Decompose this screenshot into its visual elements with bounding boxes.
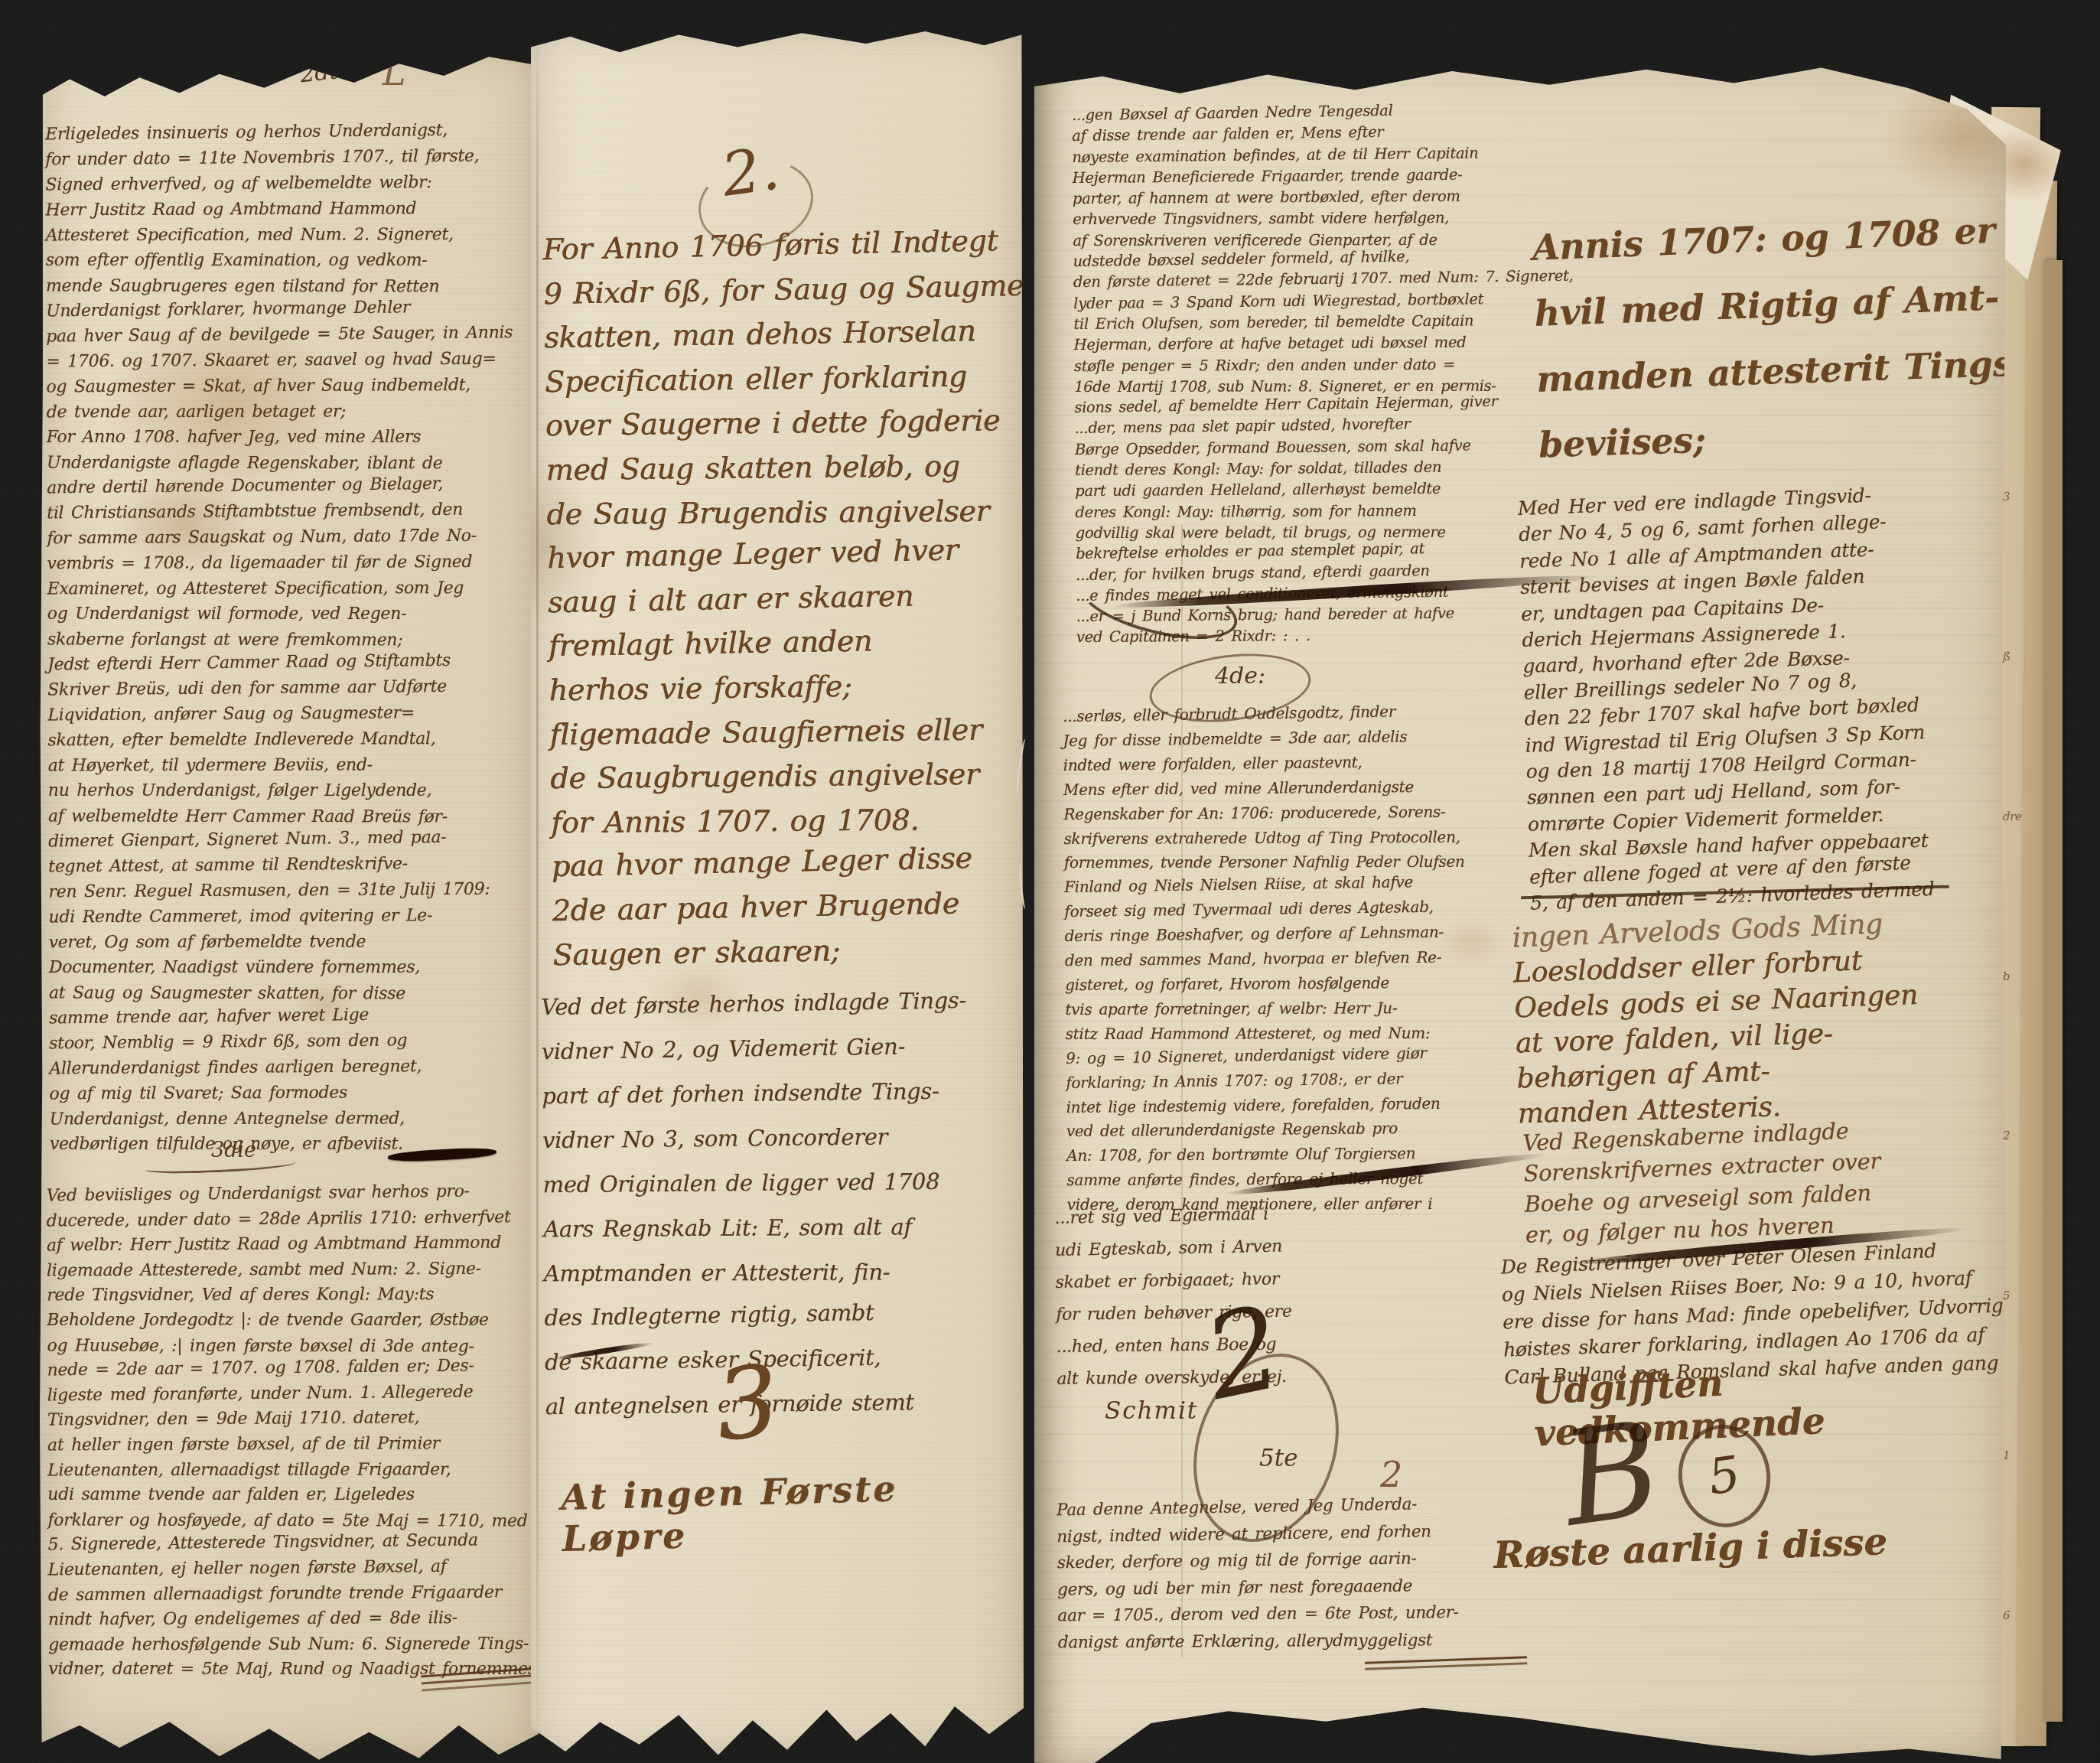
handwritten-line: og Underdanigst wil formode, ved Regen- <box>47 601 534 627</box>
handwritten-line: Examineret, og Attesteret Specification,… <box>47 575 534 601</box>
handwritten-line: dimeret Gienpart, Signeret Num. 3., med … <box>48 824 535 855</box>
handwritten-line: b <box>2003 969 2064 983</box>
handwritten-line: udi Rendte Cammeret, imod qvitering er L… <box>49 903 536 930</box>
handwritten-line: 6 <box>2003 1608 2064 1622</box>
handwritten-line: des Indlegterne rigtig, sambt <box>544 1288 1021 1340</box>
handwritten-line: nindt hafver, Og endeligemes af ded = 8d… <box>48 1606 535 1633</box>
handwritten-line: aar = 1705., derom ved den = 6te Post, u… <box>1057 1599 1547 1630</box>
middle-page-medium-script: Ved det første herhos indlagde Tings-vid… <box>541 980 1021 1429</box>
handwritten-line: samme trende aar, hafver weret Lige <box>49 1001 536 1031</box>
handwritten-line: Hejerman, derfore at hafve betaget udi b… <box>1074 331 1610 356</box>
section-mark-5te: 5te <box>1259 1445 1298 1472</box>
handwritten-line: 5 <box>2003 1289 2064 1302</box>
handwritten-line: Liqvidation, anfører Saug og Saugmester= <box>47 699 534 728</box>
handwritten-line: danigst anførte Erklæring, allerydmyggel… <box>1058 1627 1548 1657</box>
handwritten-line: de Saugbrugendis angivelser <box>550 752 1019 801</box>
right-page-paragraph-d: Paa denne Antegnelse, vered Jeg Underda-… <box>1057 1493 1548 1657</box>
handwritten-line: For Anno 1708. hafver Jeg, ved mine Alle… <box>47 425 533 450</box>
handwritten-line: over Saugerne i dette fogderie <box>545 399 1014 448</box>
handwritten-line: nede = 2de aar = 1707. og 1708. falden e… <box>47 1354 533 1383</box>
handwritten-line: Ved det første herhos indlagde Tings- <box>541 977 1017 1029</box>
page-annotation-mark: 2dt <box>298 57 340 88</box>
handwritten-line: Allerunderdanigst findes aarligen beregn… <box>49 1053 536 1081</box>
left-page-paragraph-2: Ved beviisliges og Underdanigst svar her… <box>47 1182 536 1683</box>
handwritten-line: de skaarne esker Specificerit, <box>545 1333 1021 1384</box>
handwritten-line: Beholdene Jordegodtz |: de tvende Gaarde… <box>47 1308 533 1334</box>
handwritten-line: med Saug skatten beløb, og <box>545 444 1014 493</box>
handwritten-line: hvor mange Leger ved hver <box>547 527 1016 581</box>
handwritten-line: erhvervede Tingsvidners, sambt videre he… <box>1073 207 1608 230</box>
handwritten-line: veret, Og som af førbemeldte tvende <box>49 929 536 955</box>
handwritten-line: al antegnelsen er fornøide stemt <box>545 1378 1021 1429</box>
handwritten-line: skatten, efter bemeldte Indleverede Mand… <box>48 726 535 754</box>
handwritten-line: gemaade herhosfølgende Sub Num: 6. Signe… <box>48 1632 535 1658</box>
archive-photo: 2dt L Erligeledes insinueris og herhos U… <box>0 0 2100 1763</box>
handwritten-line: Saugen er skaaren; <box>552 926 1021 977</box>
middle-page-closing-line: At ingen Første Løpre <box>561 1465 1024 1559</box>
handwritten-line: Erligeledes insinueris og herhos Underda… <box>45 117 532 148</box>
handwritten-line: vidner No 2, og Videmerit Gien- <box>541 1022 1017 1074</box>
handwritten-line: Aars Regnskab Lit: E, som alt af <box>543 1204 1019 1251</box>
handwritten-line: herhos vie forskaffe; <box>549 663 1017 713</box>
handwritten-line: saug i alt aar er skaaren <box>548 572 1017 625</box>
manuscript-page-right: ...gen Bøxsel af Gaarden Nedre Tengesdal… <box>1034 51 2006 1763</box>
handwritten-line: Signed erhverfved, og af welbemeldte wel… <box>45 169 532 197</box>
handwritten-line: skatten, man dehos Horselan <box>544 309 1013 360</box>
handwritten-line: 1 <box>2003 1449 2064 1463</box>
handwritten-line: beviises; <box>1538 397 2006 477</box>
handwritten-line: 2 <box>2003 1129 2064 1142</box>
pen-flourish: 2 <box>1380 1454 1402 1495</box>
handwritten-line: fligemaade Saugfierneis eller <box>549 708 1018 758</box>
middle-page-large-script: For Anno 1706 føris til Indtegt9 Rixdr 6… <box>542 222 1021 978</box>
handwritten-line: nu herhos Underdanigst, følger Ligelyden… <box>48 778 535 803</box>
handwritten-line: Ved beviisliges og Underdanigst svar her… <box>46 1179 532 1209</box>
handwritten-line: Documenter, Naadigst vündere fornemmes, <box>49 955 536 980</box>
handwritten-line: tegnet Attest, at samme til Rendteskrifv… <box>48 850 535 879</box>
handwritten-line: Lieutenanten, allernaadigst tillagde Fri… <box>47 1457 534 1483</box>
handwritten-line: ducerede, under dato = 28de Aprilis 1710… <box>47 1205 533 1234</box>
margin-heading: Annis 1707: og 1708 er falden,hvil med R… <box>1532 200 2006 477</box>
handwritten-line: = 1706. og 1707. Skaaret er, saavel og h… <box>46 346 532 374</box>
handwritten-line: For Anno 1706 føris til Indtegt <box>542 219 1011 272</box>
handwritten-line: Herr Justitz Raad og Ambtmand Hammond <box>45 196 532 223</box>
handwritten-line: de sammen allernaadigst forundte trende … <box>48 1580 535 1608</box>
handwritten-line: gers, og udi ber min før nest foregaaend… <box>1057 1572 1547 1603</box>
handwritten-line: at Høyerket, til ydermere Beviis, end- <box>48 752 535 778</box>
handwritten-line: ß <box>2003 650 2064 663</box>
handwritten-line: part af det forhen indsendte Tings- <box>542 1067 1018 1118</box>
pen-flourish <box>145 1158 295 1175</box>
handwritten-line: vembris = 1708., da ligemaader til før d… <box>47 549 533 577</box>
handwritten-line: Lieutenanten, ej heller nogen første Bøx… <box>48 1554 535 1583</box>
section-number: 5 <box>1705 1446 1744 1507</box>
manuscript-page-left: 2dt L Erligeledes insinueris og herhos U… <box>40 41 539 1761</box>
handwritten-line: 9 Rixdr 6ß, for Saug og Saugmest: <box>543 264 1012 317</box>
handwritten-line: stoor, Nemblig = 9 Rixdr 6ß, som den og <box>49 1027 536 1056</box>
handwritten-line: dre <box>2003 810 2064 823</box>
paper-crease <box>536 24 539 1758</box>
handwritten-line: af welbr: Herr Justitz Raad og Ambtmand … <box>47 1230 533 1259</box>
handwritten-line: som efter offentlig Examination, og vedk… <box>46 248 532 273</box>
underline-flourish <box>1365 1656 1527 1664</box>
handwritten-line: rede Tingsvidner, Ved af deres Kongl: Ma… <box>47 1282 533 1308</box>
handwritten-line: 2de aar paa hver Brugende <box>552 881 1021 934</box>
handwritten-line: Attesteret Specification, med Num. 2. Si… <box>46 222 532 248</box>
handwritten-line: for under dato = 11te Novembris 1707., t… <box>45 143 532 172</box>
handwritten-line: 5. Signerede, Attesterede Tingsvidner, a… <box>47 1528 534 1558</box>
manuscript-page-middle: 2. For Anno 1706 føris til Indtegt9 Rixd… <box>531 24 1024 1758</box>
handwritten-line: de tvende aar, aarligen betaget er; <box>47 399 533 425</box>
roeste-line: Røste aarlig i disse <box>1493 1520 1887 1577</box>
handwritten-line: Skriver Breüs, udi den for samme aar Udf… <box>47 673 534 702</box>
handwritten-line: med Originalen de ligger ved 1708 <box>542 1158 1018 1207</box>
handwritten-line: paa hver Saug af de bevilgede = 5te Saug… <box>46 320 532 349</box>
handwritten-line: skrifverens extraherede Udtog af Ting Pr… <box>1064 824 1600 851</box>
signature: Schmit <box>1105 1397 1198 1425</box>
handwritten-line: at heller ingen første bøxsel, af de til… <box>47 1432 534 1458</box>
margin-tingsvidner-block: Med Her ved ere indlagde Tingsvid-der No… <box>1518 481 2006 917</box>
handwritten-line: udi samme tvende aar falden er, Ligelede… <box>47 1483 534 1508</box>
handwritten-line: fremlagt hvilke anden <box>548 618 1017 669</box>
handwritten-line: ren Senr. Reguel Rasmusen, den = 31te Ju… <box>48 876 535 904</box>
handwritten-line: 3 <box>2003 489 2064 503</box>
big-flourish-3: 3 <box>710 1344 784 1464</box>
handwritten-line: paa hvor mange Leger disse <box>551 836 1020 889</box>
handwritten-line: Mens efter did, ved mine Allerunderdanig… <box>1063 774 1599 803</box>
handwritten-line: Specification eller forklaring <box>545 354 1014 405</box>
handwritten-line: og af mig til Svaret; Saa formodes <box>50 1080 536 1107</box>
handwritten-line: parter, af hannem at were bortbøxled, ef… <box>1073 185 1608 210</box>
handwritten-line: andre dertil hørende Documenter og Biela… <box>47 471 533 501</box>
handwritten-line: Underdanigst, denne Antegnelse dermed, <box>50 1106 536 1132</box>
handwritten-line: for samme aars Saugskat og Num, dato 17d… <box>47 523 533 551</box>
ink-stroke <box>203 41 395 77</box>
handwritten-line: Regenskaber for An: 1706: producerede, S… <box>1063 799 1599 827</box>
handwritten-line: Underdanigst forklarer, hvormange Dehler <box>46 294 532 324</box>
handwritten-line: til Christiansands Stiftambtstue frembse… <box>47 497 533 526</box>
handwritten-line: ligeste med foranførte, under Num. 1. Al… <box>47 1380 534 1409</box>
handwritten-line: og Saugmester = Skat, af hver Saug indbe… <box>46 373 532 400</box>
handwritten-line: vidner, dateret = 5te Maj, Rund og Naadi… <box>48 1658 535 1683</box>
section-mark-4de: 4de: <box>1215 663 1265 689</box>
handwritten-line: ligemaade Attesterede, sambt med Num: 2.… <box>47 1256 533 1283</box>
pen-flourish: L <box>383 52 406 93</box>
margin-lods-block: ingen Arvelods Gods MingLoesloddser elle… <box>1512 906 1984 1132</box>
handwritten-line: vidner No 3, som Concorderer <box>542 1113 1019 1163</box>
left-page-paragraph-1: Erligeledes insinueris og herhos Underda… <box>45 120 536 1158</box>
handwritten-line: Tingsvidner, den = 9de Maij 1710. datere… <box>47 1406 534 1434</box>
handwritten-line: Jedst efterdi Herr Cammer Raad og Stifta… <box>47 647 534 678</box>
handwritten-line: støfle penger = 5 Rixdr; den anden under… <box>1074 353 1610 376</box>
fore-edge-text-fragments: 3ßdreb2516 <box>2003 490 2064 1622</box>
